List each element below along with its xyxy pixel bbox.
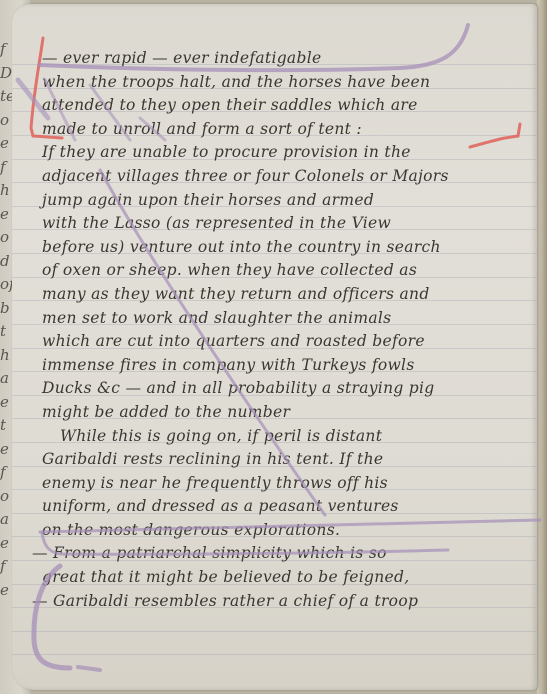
text-line: — ever rapid — ever indefatigable: [32, 47, 537, 71]
text-line: with the Lasso (as represented in the Vi…: [32, 212, 537, 236]
text-line: jump again upon their horses and armed: [32, 189, 537, 213]
text-line: when the troops halt, and the horses hav…: [32, 71, 537, 95]
text-line: — Garibaldi resembles rather a chief of …: [32, 590, 537, 614]
text-line: immense fires in company with Turkeys fo…: [32, 354, 537, 378]
text-line: enemy is near he frequently throws off h…: [32, 472, 537, 496]
text-line: attended to they open their saddles whic…: [32, 94, 537, 118]
text-line-struck: on the most dangerous explorations.: [32, 519, 537, 543]
manuscript-page: — ever rapid — ever indefatigable when t…: [12, 4, 537, 690]
ruled-line: [12, 631, 537, 632]
text-line: If they are unable to procure provision …: [32, 141, 537, 165]
text-line: of oxen or sheep. when they have collect…: [32, 259, 537, 283]
text-line: which are cut into quarters and roasted …: [32, 330, 537, 354]
text-line: might be added to the number: [32, 401, 537, 425]
text-line: Garibaldi rests reclining in his tent. I…: [32, 448, 537, 472]
text-line: before us) venture out into the country …: [32, 236, 537, 260]
text-line: While this is going on, if peril is dist…: [32, 425, 537, 449]
text-line: adjacent villages three or four Colonels…: [32, 165, 537, 189]
text-line: men set to work and slaughter the animal…: [32, 307, 537, 331]
text-line: — From a patriarchal simplicity which is…: [32, 542, 537, 566]
text-line: made to unroll and form a sort of tent :: [32, 118, 537, 142]
text-line: Ducks &c — and in all probability a stra…: [32, 377, 537, 401]
page-stack-edge: [537, 0, 547, 694]
text-line-struck: uniform, and dressed as a peasant ventur…: [32, 495, 537, 519]
ruled-line: [12, 654, 537, 655]
text-line: great that it might be believed to be fe…: [32, 566, 537, 590]
handwritten-text: — ever rapid — ever indefatigable when t…: [32, 47, 537, 613]
text-line: many as they want they return and office…: [32, 283, 537, 307]
